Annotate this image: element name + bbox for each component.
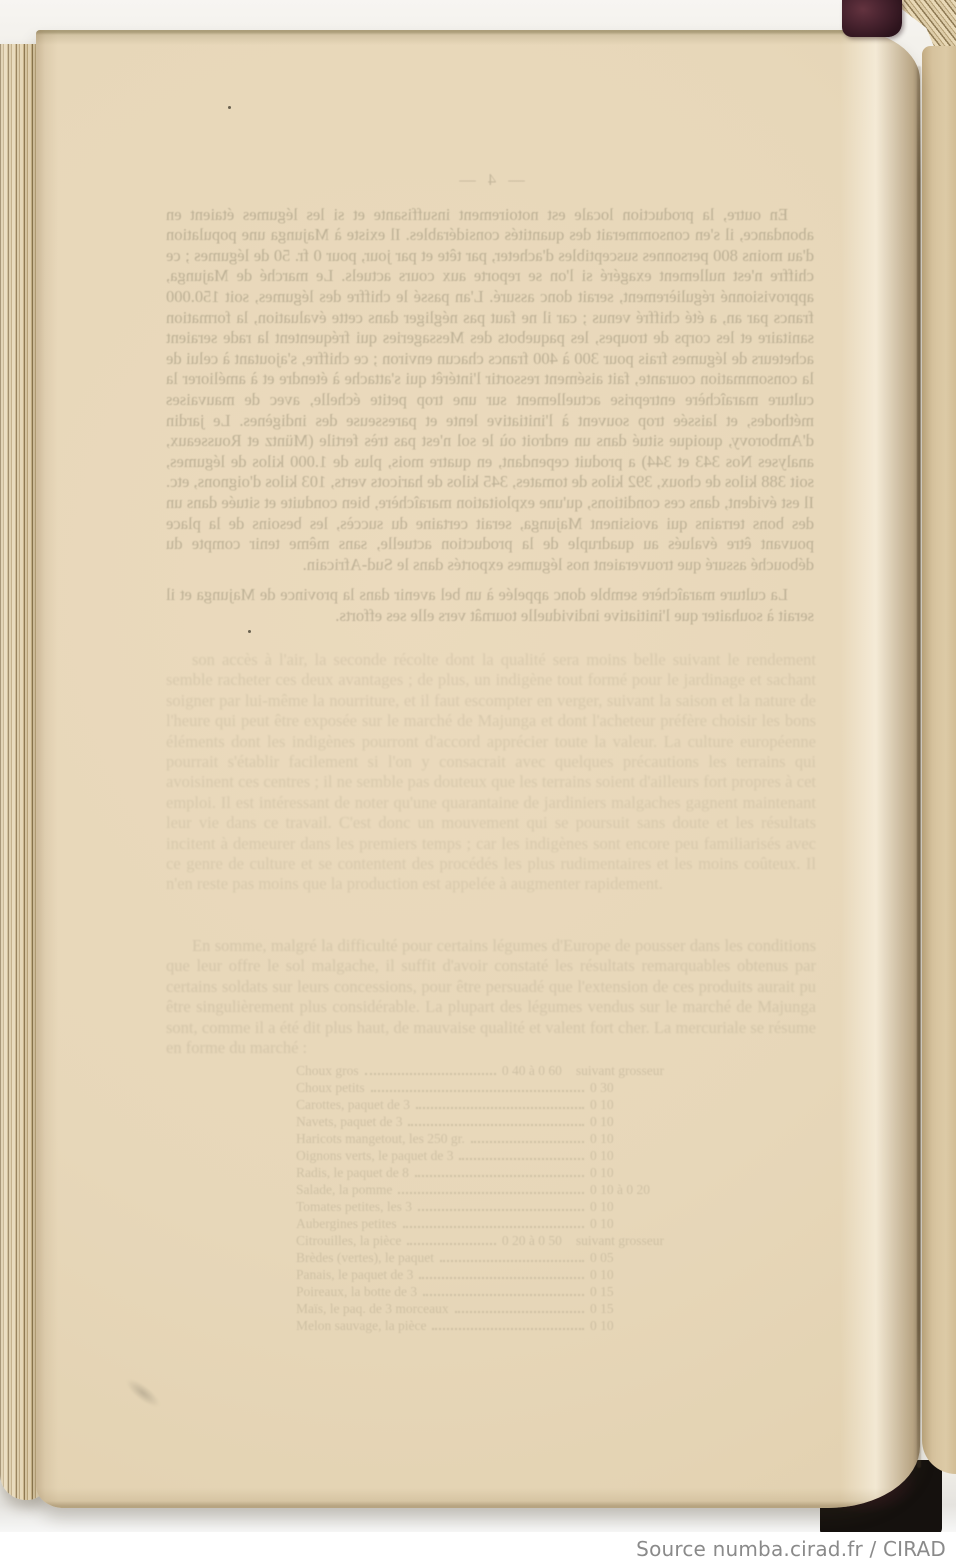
ghost-faint-paragraph: En somme, malgré la difficulté pour cert…: [166, 936, 816, 1058]
price-row: Poireaux, la botte de 3 0 15: [296, 1283, 664, 1300]
price-value: 0 30: [590, 1079, 652, 1096]
price-row: Navets, paquet de 3 0 10: [296, 1113, 664, 1130]
price-dots-leader: [423, 1294, 584, 1296]
price-row: Citrouilles, la pièce 0 20 à 0 50 suivan…: [296, 1232, 664, 1249]
price-dots-leader: [459, 1158, 584, 1160]
price-value: 0 10: [590, 1096, 652, 1113]
price-dots-leader: [408, 1124, 584, 1126]
price-row: Panais, le paquet de 3 0 10: [296, 1266, 664, 1283]
price-value: 0 15: [590, 1283, 652, 1300]
price-dots-leader: [415, 1175, 584, 1177]
price-item: Salade, la pomme: [296, 1181, 392, 1198]
ghost-mirrored-text: — 4 — En outre, la production locale est…: [166, 170, 814, 636]
price-row: Brèdes (vertes), le paquet 0 05: [296, 1249, 664, 1266]
price-row: Tomates petites, les 3 0 10: [296, 1198, 664, 1215]
price-item: Poireaux, la botte de 3: [296, 1283, 417, 1300]
price-dots-leader: [416, 1107, 584, 1109]
price-row: Oignons verts, le paquet de 3 0 10: [296, 1147, 664, 1164]
price-row: Aubergines petites 0 10: [296, 1215, 664, 1232]
price-value: 0 10: [590, 1215, 652, 1232]
price-item: Oignons verts, le paquet de 3: [296, 1147, 453, 1164]
price-value: 0 05: [590, 1249, 652, 1266]
price-dots-leader: [365, 1073, 496, 1075]
fly-speck: [248, 630, 251, 633]
price-item: Maïs, le paq. de 3 morceaux: [296, 1300, 449, 1317]
price-value: 0 15: [590, 1300, 652, 1317]
caption-bar: Source numba.cirad.fr / CIRAD: [0, 1532, 956, 1566]
price-row: Carottes, paquet de 3 0 10: [296, 1096, 664, 1113]
price-row: Radis, le paquet de 8 0 10: [296, 1164, 664, 1181]
price-item: Carottes, paquet de 3: [296, 1096, 410, 1113]
price-item: Haricots mangetout, les 250 gr.: [296, 1130, 465, 1147]
ghost-page-number: — 4 —: [166, 170, 814, 191]
price-value: 0 10: [590, 1317, 652, 1334]
price-item: Aubergines petites: [296, 1215, 397, 1232]
blank-book-page: — 4 — En outre, la production locale est…: [36, 30, 920, 1508]
price-item: Choux gros: [296, 1062, 359, 1079]
smudge-mark: [114, 1367, 172, 1419]
price-item: Tomates petites, les 3: [296, 1198, 412, 1215]
price-item: Citrouilles, la pièce: [296, 1232, 401, 1249]
ghost-paragraph: La culture maraîchère semble donc appelé…: [166, 585, 814, 626]
book-scan-viewer: — 4 — En outre, la production locale est…: [0, 0, 956, 1566]
price-note: suivant grosseur: [576, 1232, 664, 1249]
price-row: Choux gros 0 40 à 0 60 suivant grosseur: [296, 1062, 664, 1079]
price-dots-leader: [371, 1090, 584, 1092]
ghost-paragraph: En outre, la production locale est notoi…: [166, 205, 814, 576]
price-item: Melon sauvage, la pièce: [296, 1317, 426, 1334]
book-photo: — 4 — En outre, la production locale est…: [0, 0, 956, 1566]
ghost-price-list: Choux gros 0 40 à 0 60 suivant grosseur …: [296, 1062, 664, 1334]
price-dots-leader: [419, 1277, 584, 1279]
price-value: 0 10 à 0 20: [590, 1181, 652, 1198]
price-item: Choux petits: [296, 1079, 365, 1096]
price-dots-leader: [418, 1209, 584, 1211]
gutter-crease: [917, 66, 921, 1468]
next-page-sliver: [922, 46, 956, 1474]
price-dots-leader: [403, 1226, 584, 1228]
price-item: Radis, le paquet de 8: [296, 1164, 409, 1181]
price-dots-leader: [455, 1311, 584, 1313]
price-dots-leader: [407, 1243, 496, 1245]
price-value: 0 20 à 0 50: [502, 1232, 564, 1249]
price-item: Navets, paquet de 3: [296, 1113, 402, 1130]
price-row: Choux petits 0 30: [296, 1079, 664, 1096]
ghost-faint-paragraph: son accès à l'air, la seconde récolte do…: [166, 650, 816, 895]
spine-strap-top: [842, 0, 902, 37]
fly-speck: [228, 106, 231, 109]
price-value: 0 40 à 0 60: [502, 1062, 564, 1079]
price-value: 0 10: [590, 1130, 652, 1147]
price-dots-leader: [471, 1141, 584, 1143]
price-value: 0 10: [590, 1147, 652, 1164]
price-dots-leader: [440, 1260, 584, 1262]
price-item: Brèdes (vertes), le paquet: [296, 1249, 434, 1266]
price-value: 0 10: [590, 1113, 652, 1130]
price-item: Panais, le paquet de 3: [296, 1266, 413, 1283]
price-dots-leader: [398, 1192, 584, 1194]
price-value: 0 10: [590, 1266, 652, 1283]
price-value: 0 10: [590, 1164, 652, 1181]
price-dots-leader: [432, 1328, 584, 1330]
source-caption: Source numba.cirad.fr / CIRAD: [636, 1537, 956, 1561]
price-row: Haricots mangetout, les 250 gr. 0 10: [296, 1130, 664, 1147]
price-note: suivant grosseur: [576, 1062, 664, 1079]
price-row: Melon sauvage, la pièce 0 10: [296, 1317, 664, 1334]
price-row: Salade, la pomme 0 10 à 0 20: [296, 1181, 664, 1198]
price-row: Maïs, le paq. de 3 morceaux 0 15: [296, 1300, 664, 1317]
price-value: 0 10: [590, 1198, 652, 1215]
